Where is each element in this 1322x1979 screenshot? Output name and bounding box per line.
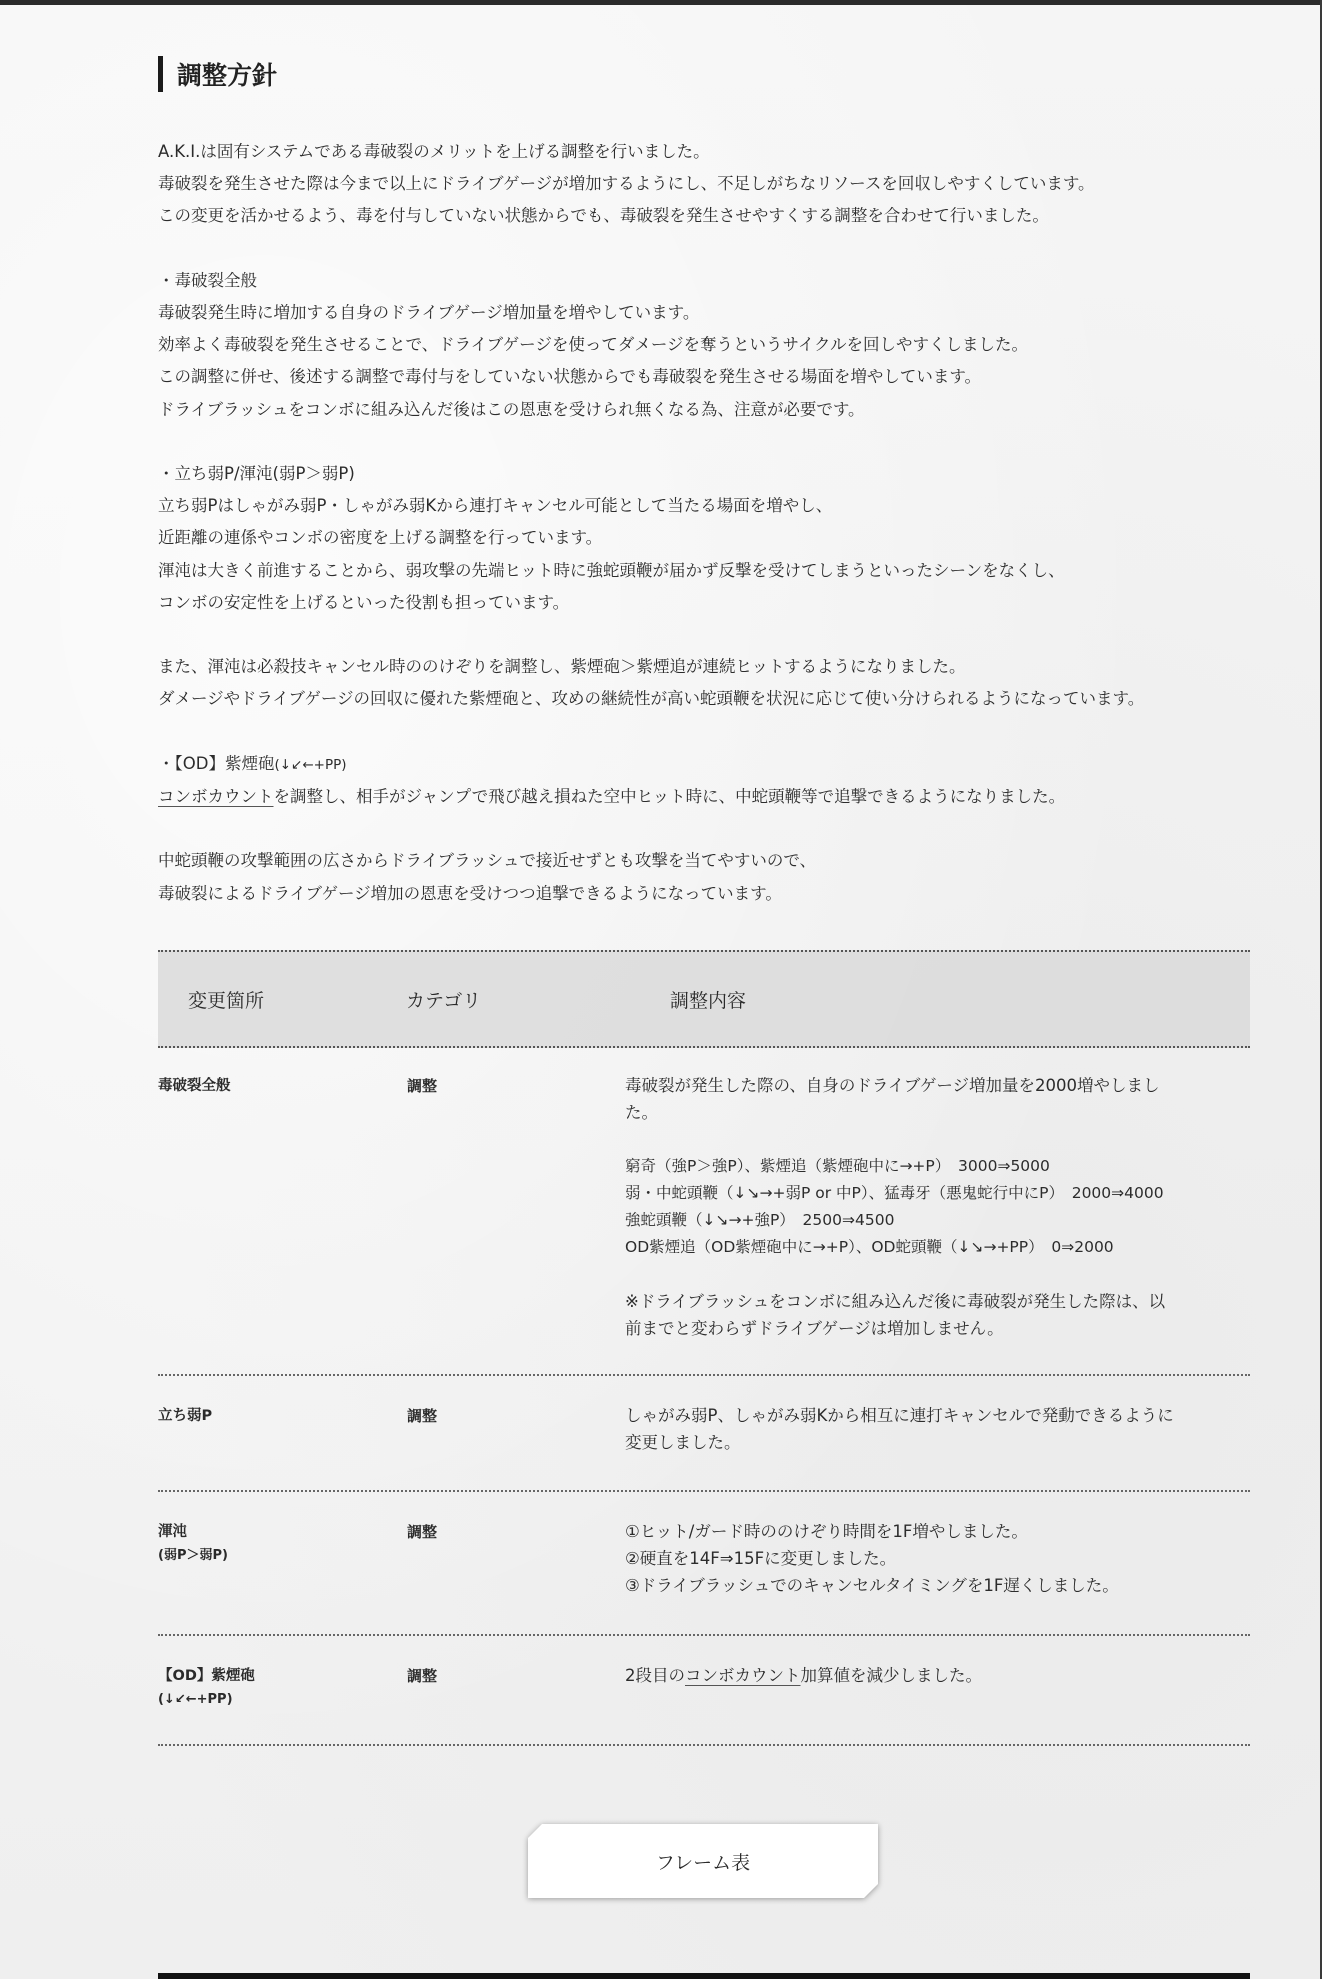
intro-line: この変更を活かせるよう、毒を付与していない状態からでも、毒破裂を発生させやすくす… [158, 200, 1250, 232]
light-punch-line: 立ち弱Pはしゃがみ弱P・しゃがみ弱Kから連打キャンセル可能として当たる場面を増や… [158, 490, 1250, 522]
poison-burst-line: ドライブラッシュをコンボに組み込んだ後はこの恩恵を受けられ無くなる為、注意が必要… [158, 394, 1250, 426]
combo-count-link[interactable]: コンボカウント [158, 787, 274, 806]
light-punch-line: コンボの安定性を上げるといった役割も担っています。 [158, 587, 1250, 619]
row-location: 毒破裂全般 [158, 1074, 231, 1098]
light-punch-line: 近距離の連係やコンボの密度を上げる調整を行っています。 [158, 522, 1250, 554]
bottom-divider [158, 1973, 1250, 1979]
light-punch-extra-line: ダメージやドライブゲージの回収に優れた紫煙砲と、攻めの継続性が高い蛇頭鞭を状況に… [158, 683, 1250, 715]
table-row: 【OD】紫煙砲 (↓↙←+PP) 調整 2段目のコンボカウント加算値を減少しまし… [158, 1636, 1250, 1746]
top-bar [0, 0, 1322, 5]
combo-count-link[interactable]: コンボカウント [685, 1666, 801, 1685]
adjustment-table: 変更箇所 カテゴリ 調整内容 毒破裂全般 調整 毒破裂が発生した際の、自身のドラ… [158, 950, 1250, 1048]
light-punch-extra-line: また、渾沌は必殺技キャンセル時ののけぞりを調整し、紫煙砲＞紫煙追が連続ヒットする… [158, 651, 1250, 683]
section-title: 調整方針 [158, 56, 277, 92]
gauge-change-list: 窮奇（強P＞強P）、紫煙追（紫煙砲中に→+P） 3000⇒5000 弱・中蛇頭鞭… [625, 1153, 1225, 1261]
row-content: しゃがみ弱P、しゃがみ弱Kから相互に連打キャンセルで発動できるように 変更しまし… [625, 1402, 1225, 1456]
gauge-change-item: 強蛇頭鞭（↓↘→+強P） 2500⇒4500 [625, 1207, 1225, 1234]
row-location: 渾沌 (弱P＞弱P) [158, 1520, 228, 1568]
intro-line: 毒破裂を発生させた際は今まで以上にドライブゲージが増加するようにし、不足しがちな… [158, 168, 1250, 200]
gauge-change-item: 窮奇（強P＞強P）、紫煙追（紫煙砲中に→+P） 3000⇒5000 [625, 1153, 1225, 1180]
od-shienho-title: ・【OD】紫煙砲 [158, 754, 274, 773]
change-item: ②硬直を14F⇒15Fに変更しました。 [625, 1545, 1225, 1572]
row-location: 【OD】紫煙砲 (↓↙←+PP) [158, 1664, 255, 1712]
row-content: 2段目のコンボカウント加算値を減少しました。 [625, 1662, 1225, 1689]
od-shienho-subheading: ・【OD】紫煙砲(↓↙←+PP) [158, 748, 1250, 781]
table-row: 毒破裂全般 調整 毒破裂が発生した際の、自身のドライブゲージ増加量を2000増や… [158, 1048, 1250, 1376]
od-shienho-extra-line: 毒破裂によるドライブゲージ増加の恩恵を受けつつ追撃できるようになっています。 [158, 878, 1250, 910]
light-punch-line: 渾沌は大きく前進することから、弱攻撃の先端ヒット時に強蛇頭鞭が届かず反撃を受けて… [158, 555, 1250, 587]
table-row: 渾沌 (弱P＞弱P) 調整 ①ヒット/ガード時ののけぞり時間を1F増やしました。… [158, 1492, 1250, 1636]
change-item: ①ヒット/ガード時ののけぞり時間を1F増やしました。 [625, 1518, 1225, 1545]
row-category: 調整 [407, 1074, 437, 1098]
gauge-change-item: 弱・中蛇頭鞭（↓↘→+弱P or 中P）、猛毒牙（悪鬼蛇行中にP） 2000⇒4… [625, 1180, 1225, 1207]
row-category: 調整 [407, 1520, 437, 1544]
od-shienho-line: コンボカウントを調整し、相手がジャンプで飛び越え損ねた空中ヒット時に、中蛇頭鞭等… [158, 781, 1250, 813]
header-location: 変更箇所 [188, 986, 264, 1013]
row-category: 調整 [407, 1664, 437, 1688]
od-shienho-command: (↓↙←+PP) [274, 757, 346, 773]
poison-burst-subheading: ・毒破裂全般 [158, 265, 1250, 297]
gauge-change-item: OD紫煙追（OD紫煙砲中に→+P）、OD蛇頭鞭（↓↘→+PP） 0⇒2000 [625, 1234, 1225, 1261]
intro-line: A.K.I.は固有システムである毒破裂のメリットを上げる調整を行いました。 [158, 136, 1250, 168]
row-content: ①ヒット/ガード時ののけぞり時間を1F増やしました。 ②硬直を14F⇒15Fに変… [625, 1518, 1225, 1599]
row-content: 毒破裂が発生した際の、自身のドライブゲージ増加量を2000増やしまし た。 窮奇… [625, 1072, 1225, 1342]
row-note: ※ドライブラッシュをコンボに組み込んだ後に毒破裂が発生した際は、以 [625, 1288, 1225, 1315]
row-location: 立ち弱P [158, 1404, 212, 1428]
header-content: 調整内容 [670, 986, 746, 1013]
table-row: 立ち弱P 調整 しゃがみ弱P、しゃがみ弱Kから相互に連打キャンセルで発動できるよ… [158, 1376, 1250, 1492]
od-shienho-extra-line: 中蛇頭鞭の攻撃範囲の広さからドライブラッシュで接近せずとも攻撃を当てやすいので、 [158, 845, 1250, 877]
frame-data-button[interactable]: フレーム表 [528, 1824, 878, 1898]
policy-body: A.K.I.は固有システムである毒破裂のメリットを上げる調整を行いました。 毒破… [158, 136, 1250, 910]
header-category: カテゴリ [406, 986, 481, 1013]
poison-burst-line: この調整に併せ、後述する調整で毒付与をしていない状態からでも毒破裂を発生させる場… [158, 361, 1250, 393]
row-note: 前までと変わらずドライブゲージは増加しません。 [625, 1315, 1225, 1342]
poison-burst-line: 毒破裂発生時に増加する自身のドライブゲージ増加量を増やしています。 [158, 297, 1250, 329]
table-header: 変更箇所 カテゴリ 調整内容 [158, 950, 1250, 1048]
light-punch-subheading: ・立ち弱P/渾沌(弱P＞弱P) [158, 458, 1250, 490]
poison-burst-line: 効率よく毒破裂を発生させることで、ドライブゲージを使ってダメージを奪うというサイ… [158, 329, 1250, 361]
change-item: ③ドライブラッシュでのキャンセルタイミングを1F遅くしました。 [625, 1572, 1225, 1599]
row-category: 調整 [407, 1404, 437, 1428]
